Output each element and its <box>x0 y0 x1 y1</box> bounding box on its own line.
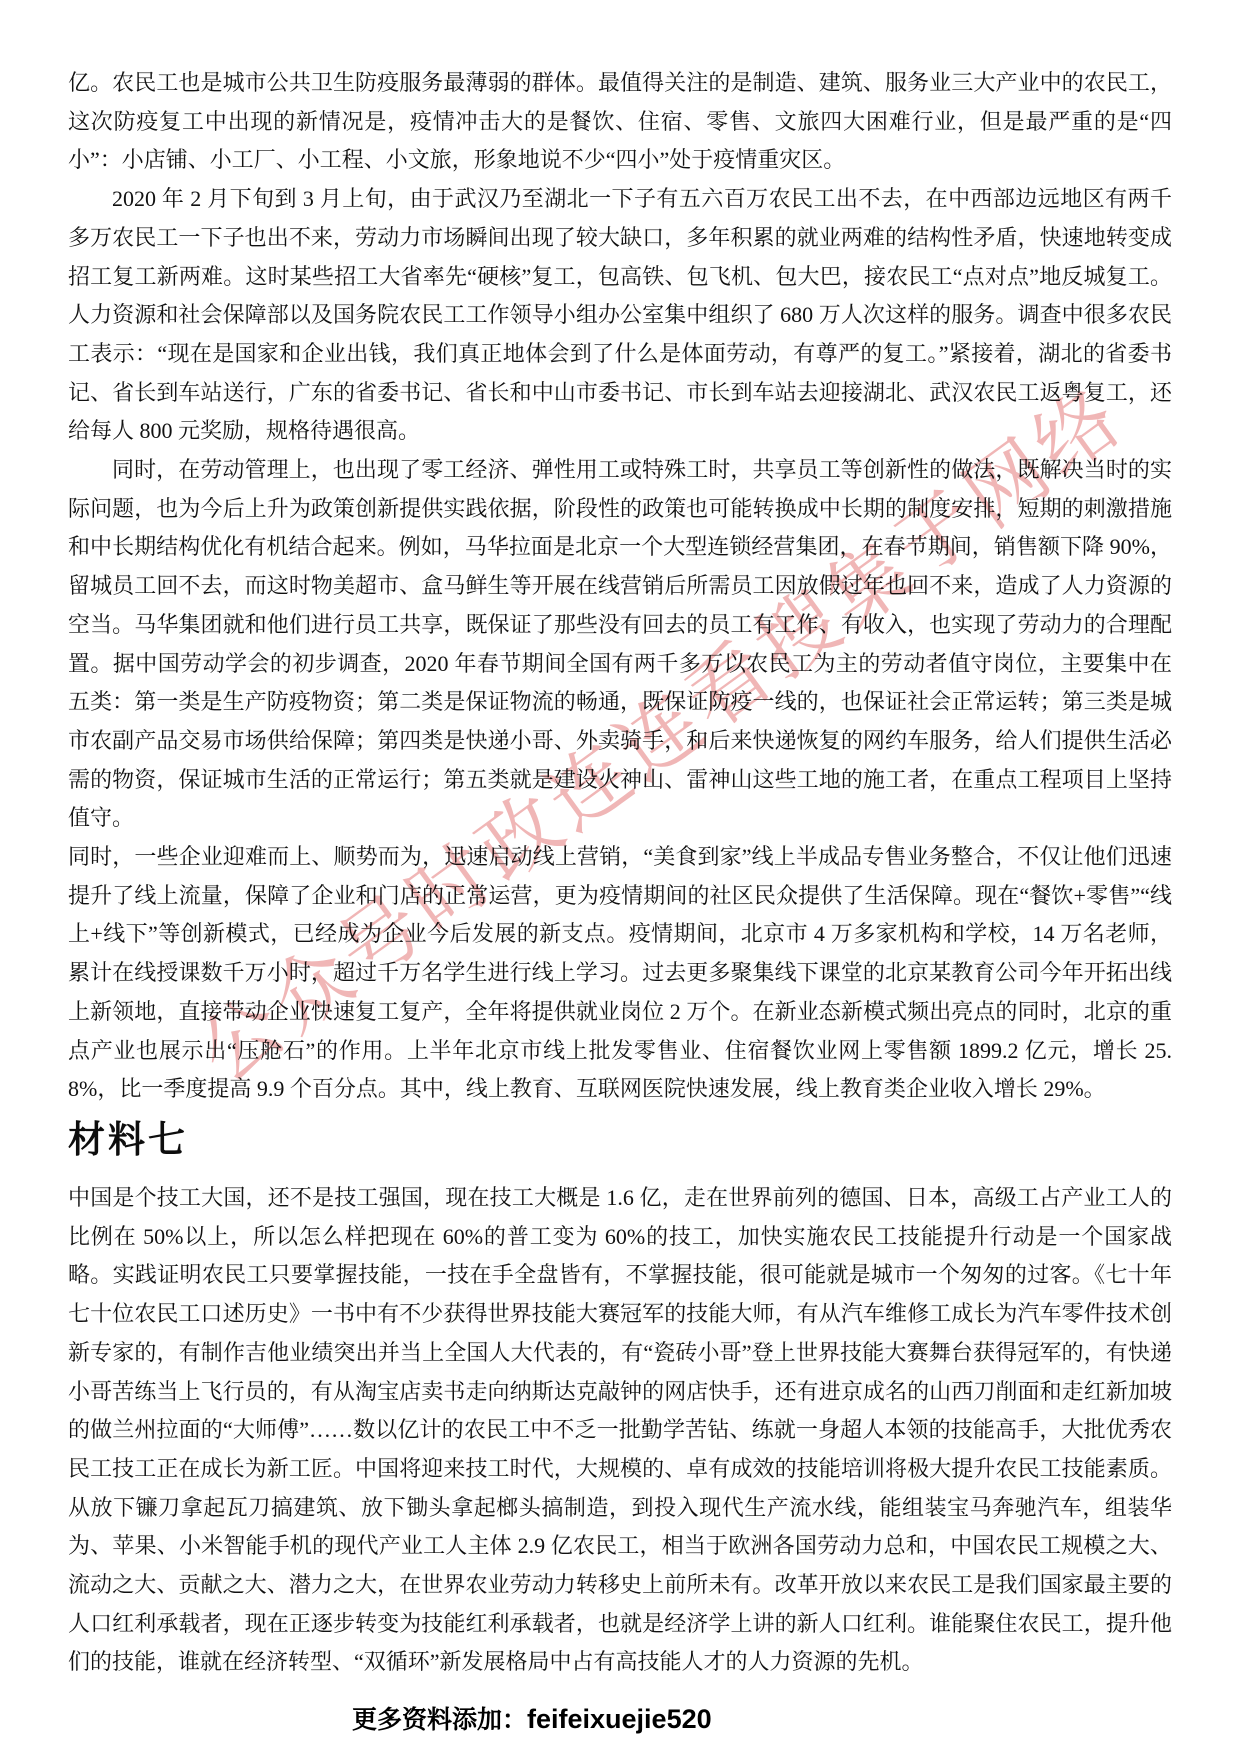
footer-note: 更多资料添加：feifeixuejie520 <box>352 1700 712 1736</box>
paragraph-february-march: 2020 年 2 月下旬到 3 月上旬，由于武汉乃至湖北一下子有五六百万农民工出… <box>68 180 1172 451</box>
footer-label: 更多资料添加： <box>352 1707 527 1734</box>
paragraph-skilled-workers: 中国是个技工大国，还不是技工强国，现在技工大概是 1.6 亿，走在世界前列的德国… <box>68 1179 1172 1682</box>
material-seven-heading: 材料七 <box>68 1119 1172 1163</box>
footer-account: feifeixuejie520 <box>527 1704 712 1734</box>
paragraph-online-business: 同时，一些企业迎难而上、顺势而为，迅速启动线上营销，“美食到家”线上半成品专售业… <box>68 838 1172 1109</box>
paragraph-labor-management: 同时，在劳动管理上，也出现了零工经济、弹性用工或特殊工时，共享员工等创新性的做法… <box>68 451 1172 838</box>
document-page: 公众号时政连连看搜集于网络 亿。农民工也是城市公共卫生防疫服务最薄弱的群体。最值… <box>0 0 1240 1754</box>
document-body: 亿。农民工也是城市公共卫生防疫服务最薄弱的群体。最值得关注的是制造、建筑、服务业… <box>68 64 1172 1682</box>
paragraph-continuation: 亿。农民工也是城市公共卫生防疫服务最薄弱的群体。最值得关注的是制造、建筑、服务业… <box>68 64 1172 180</box>
